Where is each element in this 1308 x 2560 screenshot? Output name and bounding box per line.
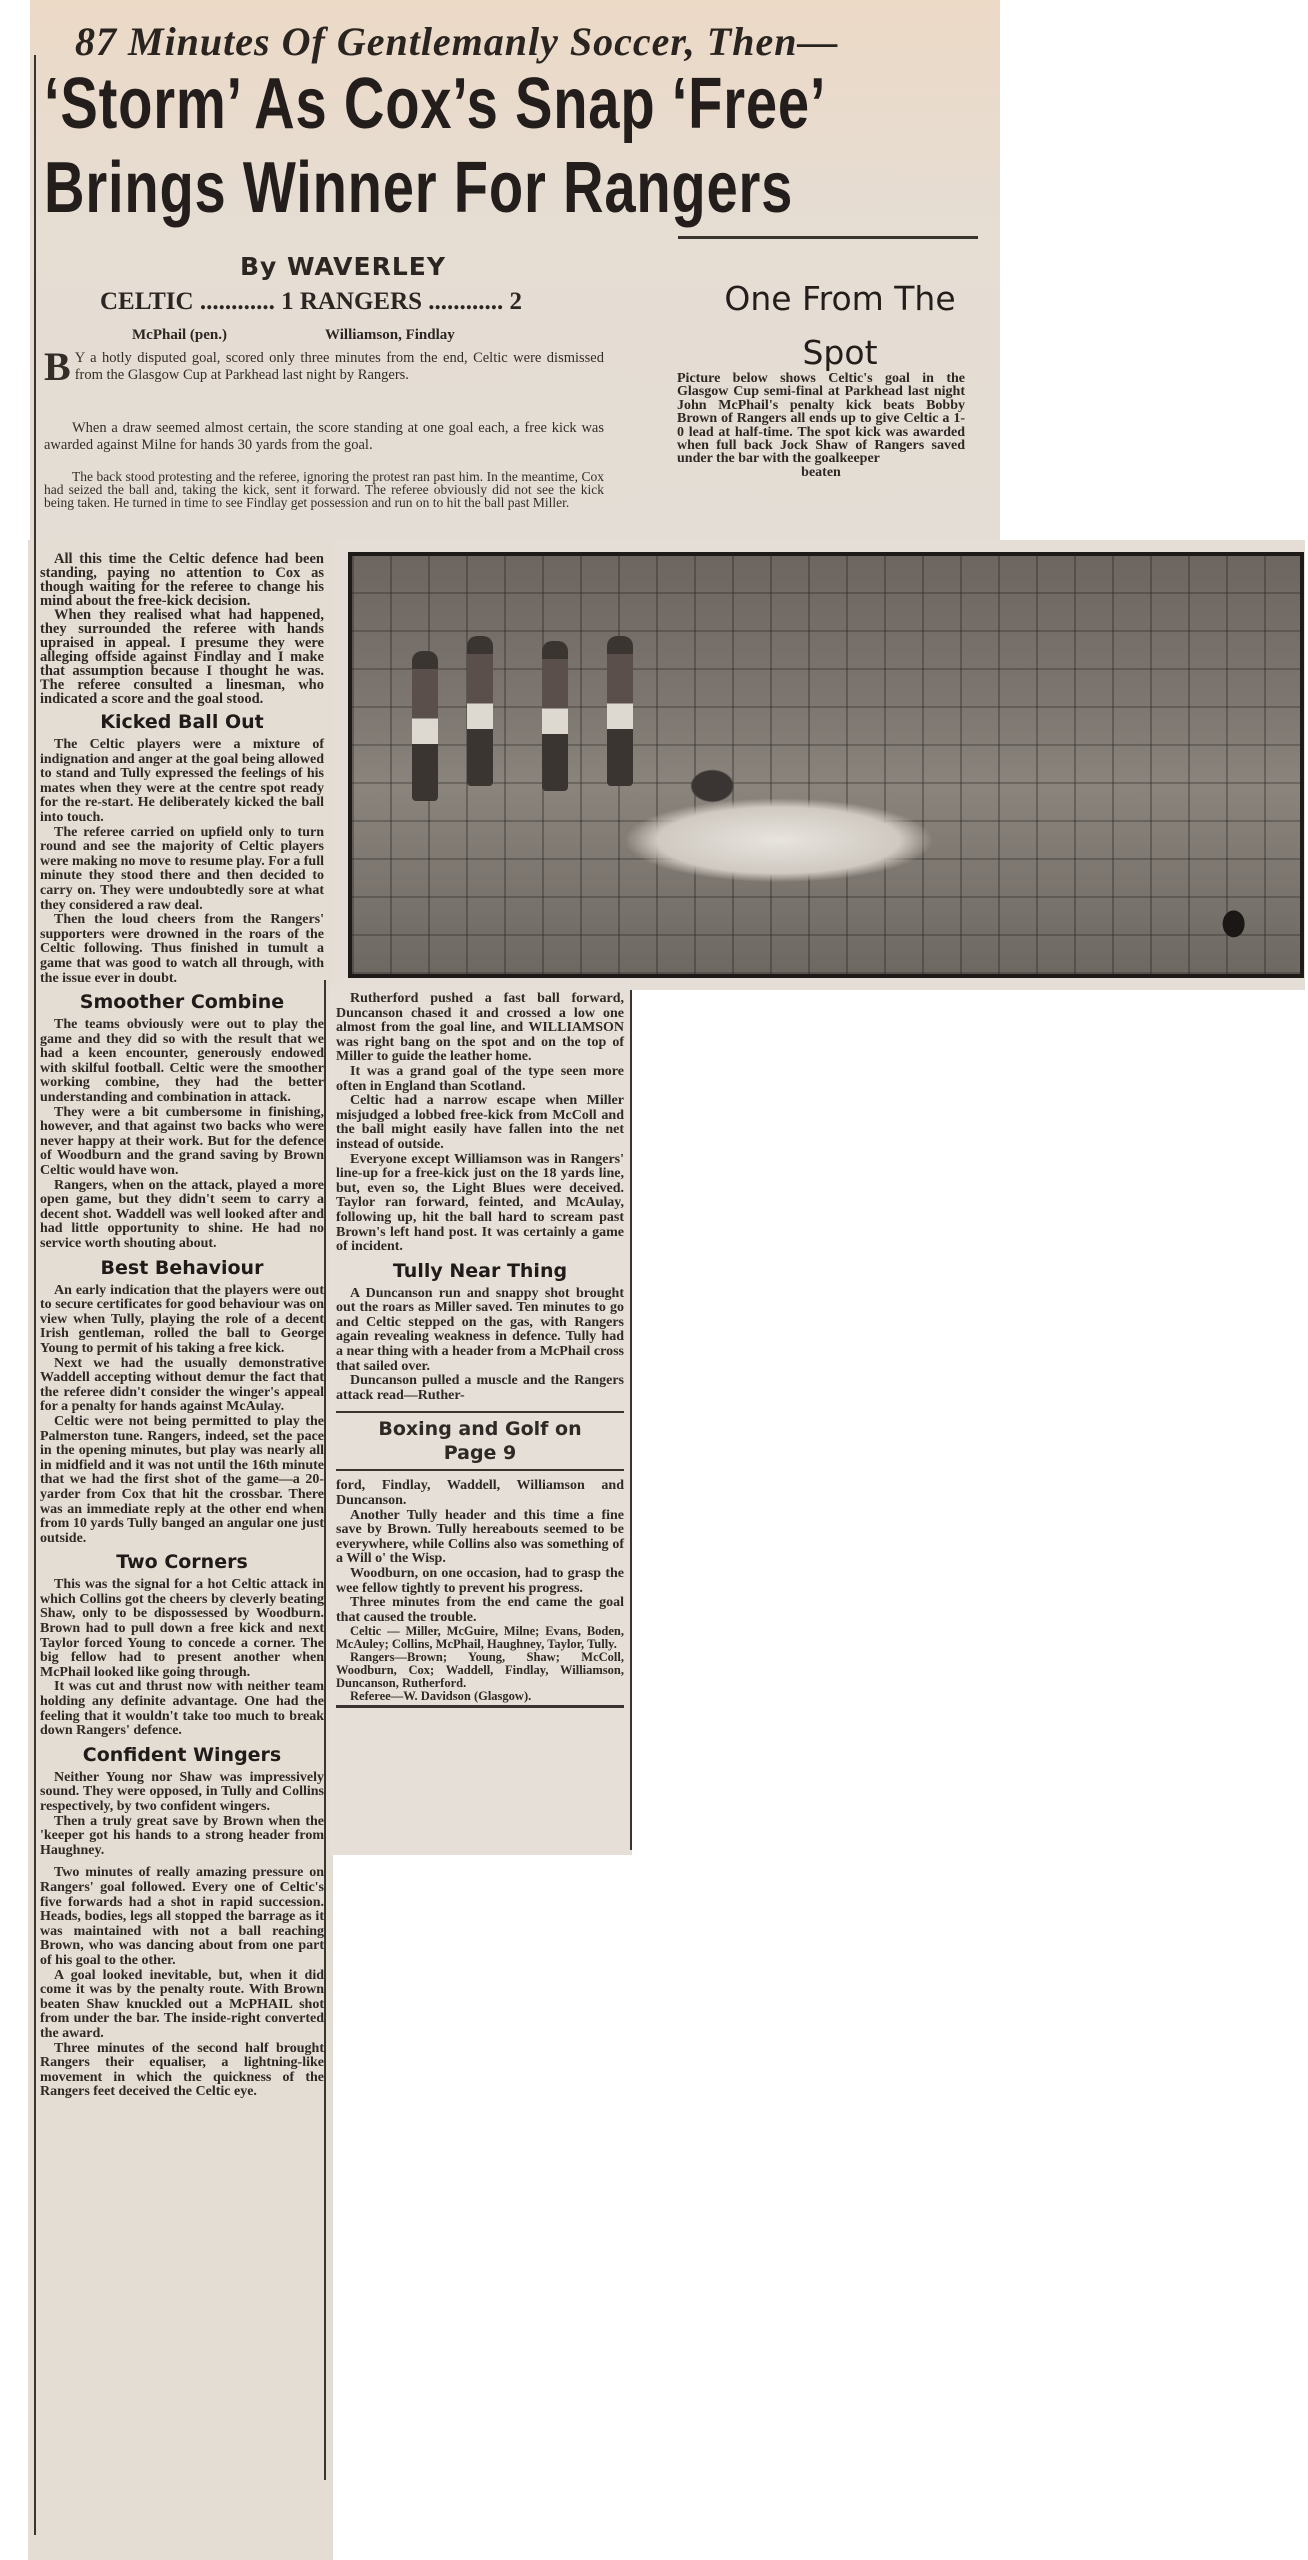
rangers-lineup: Rangers—Brown; Young, Shaw; McColl, Wood… [336, 1651, 624, 1690]
middle-column: Rutherford pushed a fast ball forward, D… [336, 992, 624, 1708]
paragraph: Celtic had a narrow escape when Miller m… [336, 1094, 624, 1152]
score-line: CELTIC ............ 1 RANGERS ..........… [100, 288, 522, 316]
lead-paragraph-2: When a draw seemed almost certain, the s… [44, 420, 604, 454]
lead-paragraph: B Y a hotly disputed goal, scored only t… [44, 350, 604, 384]
caption-text: Picture below shows Celtic's goal in the… [677, 371, 965, 466]
left-column: All this time the Celtic defence had bee… [40, 552, 324, 2100]
caption-last-word: beaten [677, 466, 965, 479]
paragraph: Everyone except Williamson was in Ranger… [336, 1153, 624, 1255]
rangers-player-figure [467, 636, 493, 786]
paragraph: A Duncanson run and snappy shot brought … [336, 1287, 624, 1375]
paragraph: Three minutes from the end came the goal… [336, 1596, 624, 1625]
paragraph: Neither Young nor Shaw was impressively … [40, 1771, 324, 1815]
column-rule-left [34, 55, 36, 2535]
subhead-tully-near-thing: Tully Near Thing [336, 1259, 624, 1283]
referee-credit: Referee—W. Davidson (Glasgow). [336, 1690, 624, 1708]
paragraph: The Celtic players were a mixture of ind… [40, 738, 324, 826]
celtic-player-figure [1112, 606, 1138, 796]
rangers-player-figure [607, 636, 633, 786]
paragraph: They were a bit cumbersome in finishing,… [40, 1106, 324, 1179]
rangers-scorers: Williamson, Findlay [325, 327, 455, 344]
column-rule-middle [324, 980, 326, 2480]
subhead-confident-wingers: Confident Wingers [40, 1743, 324, 1767]
paragraph: Two minutes of really amazing pressure o… [40, 1866, 324, 1968]
paragraph: Then a truly great save by Brown when th… [40, 1815, 324, 1859]
paragraph: A goal looked inevitable, but, when it d… [40, 1969, 324, 2042]
paragraph: ford, Findlay, Waddell, Williamson and D… [336, 1479, 624, 1508]
celtic-player-figure [747, 648, 773, 798]
paragraph: Rutherford pushed a fast ball forward, D… [336, 992, 624, 1065]
sidebar-title: One From The Spot [690, 272, 990, 380]
paragraph: Celtic were not being permitted to play … [40, 1415, 324, 1546]
paragraph: The teams obviously were out to play the… [40, 1018, 324, 1106]
celtic-player-figure [982, 656, 1008, 806]
paragraph: This was the signal for a hot Celtic att… [40, 1578, 324, 1680]
lead-paragraph-3: The back stood protesting and the refere… [44, 470, 604, 509]
paragraph: Three minutes of the second half brought… [40, 2042, 324, 2100]
rangers-player-figure [542, 641, 568, 791]
celtic-scorers: McPhail (pen.) [132, 327, 227, 344]
rangers-player-figure [412, 651, 438, 801]
paragraph: Woodburn, on one occasion, had to grasp … [336, 1567, 624, 1596]
boxing-golf-notice-text: Boxing and Golf on Page 9 [336, 1417, 624, 1465]
boxing-golf-notice: Boxing and Golf on Page 9 [336, 1411, 624, 1471]
subhead-kicked-ball-out: Kicked Ball Out [40, 710, 324, 734]
paragraph: Then the loud cheers from the Rangers' s… [40, 913, 324, 986]
subhead-best-behaviour: Best Behaviour [40, 1256, 324, 1280]
paragraph: It was cut and thrust now with neither t… [40, 1680, 324, 1738]
paragraph: An early indication that the players wer… [40, 1284, 324, 1357]
paragraph: Duncanson pulled a muscle and the Ranger… [336, 1374, 624, 1403]
paragraph: Next we had the usually demonstrative Wa… [40, 1357, 324, 1415]
match-photo [348, 552, 1304, 978]
paragraph: Another Tully header and this time a fin… [336, 1509, 624, 1567]
paragraph: All this time the Celtic defence had bee… [40, 552, 324, 608]
kicker-headline: 87 Minutes Of Gentlemanly Soccer, Then— [75, 18, 838, 65]
sidebar-top-rule [678, 236, 978, 239]
paragraph: It was a grand goal of the type seen mor… [336, 1065, 624, 1094]
paragraph: Rangers, when on the attack, played a mo… [40, 1179, 324, 1252]
celtic-lineup: Celtic — Miller, McGuire, Milne; Evans, … [336, 1625, 624, 1651]
headline-line-1: ‘Storm’ As Cox’s Snap ‘Free’ [44, 66, 826, 142]
subhead-two-corners: Two Corners [40, 1550, 324, 1574]
byline: By WAVERLEY [240, 252, 446, 281]
paragraph: When they realised what had happened, th… [40, 608, 324, 706]
photo-caption: Picture below shows Celtic's goal in the… [677, 372, 965, 479]
subhead-smoother-combine: Smoother Combine [40, 990, 324, 1014]
paragraph: The referee carried on upfield only to t… [40, 826, 324, 914]
headline-line-2: Brings Winner For Rangers [44, 150, 793, 226]
drop-cap: B [44, 350, 71, 384]
column-rule-right [630, 990, 632, 1850]
celtic-player-figure [892, 636, 918, 786]
lead-text: Y a hotly disputed goal, scored only thr… [75, 350, 604, 383]
